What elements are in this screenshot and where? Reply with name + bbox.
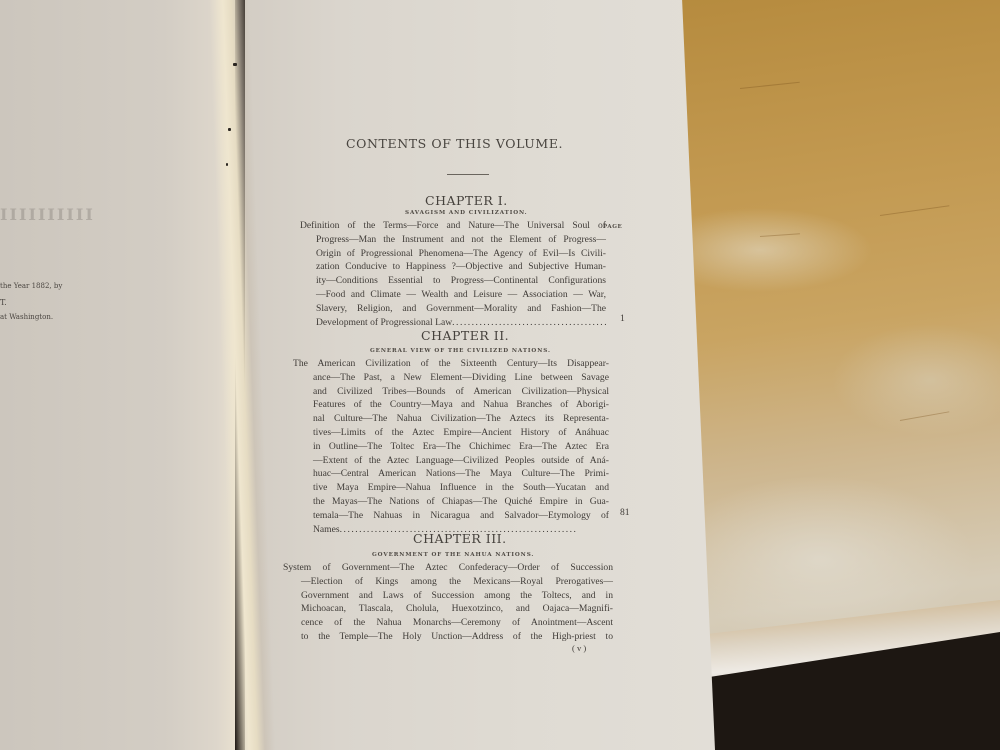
summary-line: The American Civilization of the Sixteen… bbox=[293, 357, 609, 371]
dot-leader: ........................................ bbox=[452, 317, 608, 328]
contents-title: CONTENTS OF THIS VOLUME. bbox=[346, 136, 563, 151]
summary-line: tive Maya Empire—Nahua Influence in the … bbox=[293, 481, 609, 495]
left-page-copyright-line-2: T. bbox=[0, 298, 7, 307]
summary-line: Progress—Man the Instrument and not the … bbox=[300, 233, 606, 247]
summary-line: Names bbox=[313, 524, 340, 535]
chapter-3-heading: CHAPTER III. bbox=[413, 531, 507, 546]
chapter-2-subtitle: GENERAL VIEW OF THE CIVILIZED NATIONS. bbox=[370, 348, 551, 354]
summary-line: System of Government—The Aztec Confedera… bbox=[283, 561, 613, 575]
title-rule bbox=[447, 174, 489, 175]
summary-line: Government and Laws of Succession among … bbox=[283, 589, 613, 603]
summary-line: temala—The Nahuas in Nicaragua and Salva… bbox=[293, 509, 609, 523]
summary-line: Development of Progressional Law bbox=[316, 317, 452, 328]
summary-line: the Mayas—The Nations of Chiapas—The Qui… bbox=[293, 495, 609, 509]
summary-line: in Outline—The Toltec Era—The Chichimec … bbox=[293, 440, 609, 454]
chapter-3-subtitle: GOVERNMENT OF THE NAHUA NATIONS. bbox=[372, 552, 534, 558]
summary-line: Definition of the Terms—Force and Nature… bbox=[300, 219, 606, 233]
summary-line: —Food and Climate — Wealth and Leisure —… bbox=[300, 288, 606, 302]
summary-line: zation Conducive to Happiness ?—Objectiv… bbox=[300, 260, 606, 274]
left-page-bleed-through: IIIIIIIIII bbox=[0, 205, 110, 221]
summary-line: —Election of Kings among the Mexicans—Ro… bbox=[283, 575, 613, 589]
summary-line: ance—The Past, a New Element—Dividing Li… bbox=[293, 371, 609, 385]
summary-line: cence of the Nahua Monarchs—Ceremony of … bbox=[283, 616, 613, 630]
summary-line: Features of the Country—Maya and Nahua B… bbox=[293, 398, 609, 412]
summary-line: Origin of Progressional Phenomena—The Ag… bbox=[300, 247, 606, 261]
summary-line: —Extent of the Aztec Language—Civilized … bbox=[293, 454, 609, 468]
chapter-1-heading: CHAPTER I. bbox=[425, 193, 508, 208]
summary-line: tives—Limits of the Aztec Empire—Ancient… bbox=[293, 426, 609, 440]
chapter-2-summary: The American Civilization of the Sixteen… bbox=[293, 357, 609, 536]
summary-line: nal Culture—The Nahua Civilization—The A… bbox=[293, 412, 609, 426]
summary-line: and Civilized Tribes—Bounds of American … bbox=[293, 385, 609, 399]
binding-thread-mark bbox=[226, 163, 228, 166]
summary-line: to the Temple—The Holy Unction—Address o… bbox=[283, 630, 613, 644]
left-page-copyright-line-3: at Washington. bbox=[0, 313, 53, 321]
page-folio: ( v ) bbox=[572, 643, 586, 653]
binding-thread-mark bbox=[233, 63, 237, 66]
binding-thread-mark bbox=[228, 128, 231, 131]
summary-line: huac—Central American Nations—The Maya C… bbox=[293, 467, 609, 481]
chapter-1-subtitle: SAVAGISM AND CIVILIZATION. bbox=[405, 210, 528, 216]
summary-line: ity—Conditions Essential to Progress—Con… bbox=[300, 274, 606, 288]
chapter-3-summary: System of Government—The Aztec Confedera… bbox=[283, 561, 613, 644]
summary-line: Michoacan, Tlascala, Cholula, Huexotzinc… bbox=[283, 602, 613, 616]
left-page-copyright-line-1: the Year 1882, by bbox=[0, 282, 62, 290]
chapter-1-summary: Definition of the Terms—Force and Nature… bbox=[300, 219, 606, 329]
chapter-2-heading: CHAPTER II. bbox=[421, 328, 509, 343]
summary-line: Slavery, Religion, and Government—Morali… bbox=[300, 302, 606, 316]
left-page bbox=[0, 0, 235, 750]
chapter-1-page-number: 1 bbox=[620, 313, 625, 324]
chapter-2-page-number: 81 bbox=[620, 507, 630, 518]
